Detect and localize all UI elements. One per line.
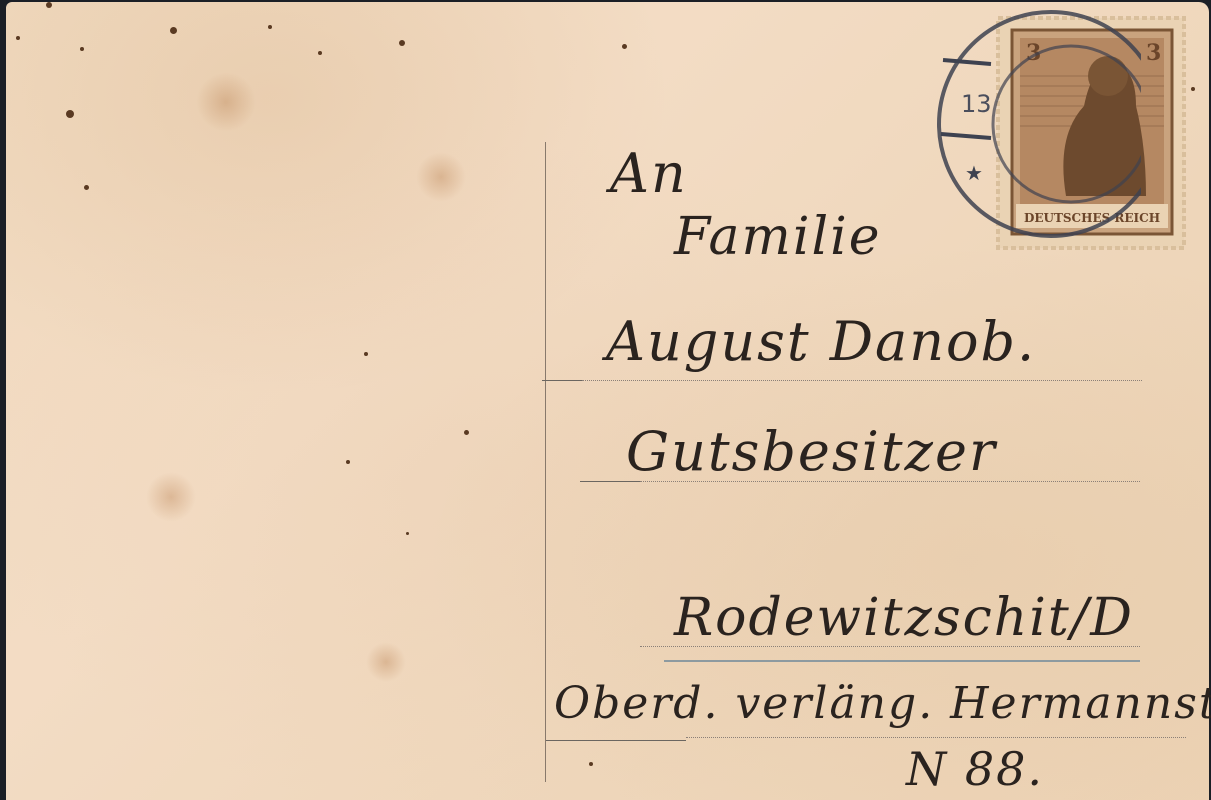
foxing-spot — [1191, 87, 1195, 91]
foxing-spot — [406, 532, 409, 535]
address-line-salutation: An — [610, 142, 688, 205]
postcard: An Familie August Danob. Gutsbesitzer Ro… — [6, 2, 1209, 800]
foxing-spot — [46, 2, 52, 8]
address-line-street: Oberd. verläng. Hermannstr. — [554, 678, 1211, 729]
address-line-occupation: Gutsbesitzer — [626, 420, 997, 483]
foxing-spot — [364, 352, 368, 356]
address-rule-3-underline — [664, 660, 1140, 662]
message-address-divider — [545, 142, 546, 782]
foxing-spot — [622, 44, 627, 49]
address-rule-4-lead — [546, 740, 686, 741]
stain — [416, 152, 466, 202]
foxing-spot — [66, 110, 74, 118]
svg-text:13: 13 — [961, 90, 992, 118]
address-rule-1-lead — [542, 380, 582, 381]
stain — [196, 72, 256, 132]
stain — [366, 642, 406, 682]
foxing-spot — [464, 430, 469, 435]
foxing-spot — [268, 25, 272, 29]
postmark-cancel: 13 ★ — [931, 2, 1141, 252]
foxing-spot — [589, 762, 593, 766]
address-line-name: August Danob. — [606, 310, 1036, 373]
stain — [146, 472, 196, 522]
address-line-house-number: N 88. — [906, 742, 1044, 796]
foxing-spot — [346, 460, 350, 464]
svg-text:★: ★ — [965, 161, 983, 185]
address-line-town: Rodewitzschit/D — [674, 588, 1134, 648]
foxing-spot — [16, 36, 20, 40]
foxing-spot — [399, 40, 405, 46]
svg-text:3: 3 — [1146, 40, 1161, 66]
foxing-spot — [170, 27, 177, 34]
foxing-spot — [318, 51, 322, 55]
foxing-spot — [84, 185, 89, 190]
address-line-family: Familie — [674, 207, 882, 267]
foxing-spot — [80, 47, 84, 51]
address-rule-4 — [686, 737, 1186, 738]
address-rule-1 — [582, 380, 1142, 381]
